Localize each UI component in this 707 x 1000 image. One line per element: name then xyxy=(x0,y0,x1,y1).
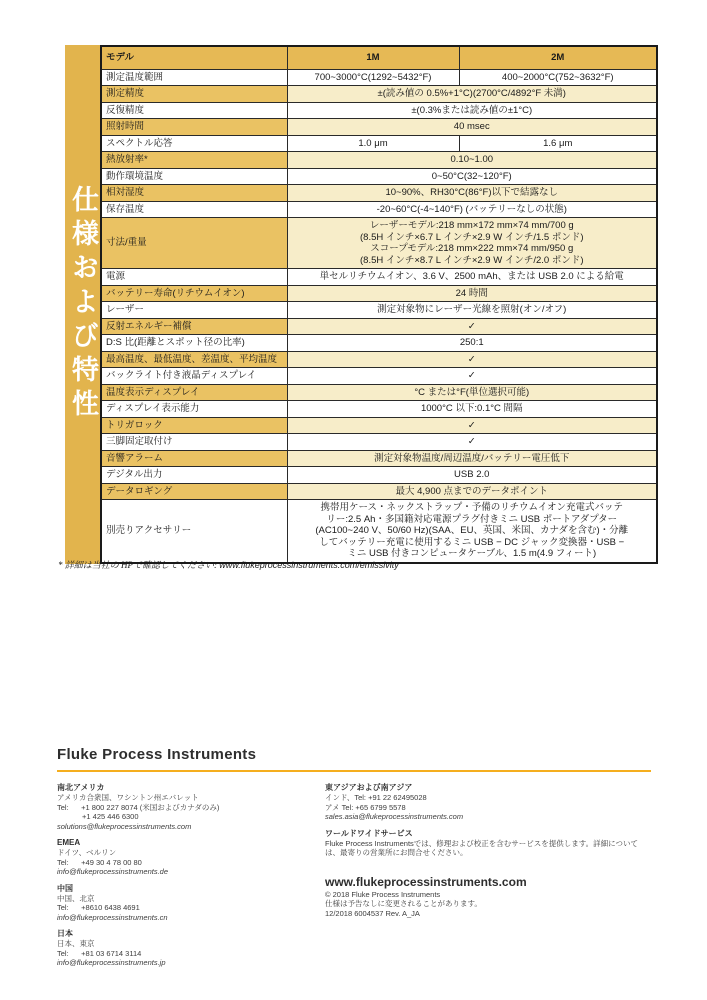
spec-value: 250:1 xyxy=(287,335,657,352)
contact-email: info@flukeprocessinstruments.jp xyxy=(57,958,325,968)
contact-email: sales.asia@flukeprocessinstruments.com xyxy=(325,812,651,822)
contact-line: ドイツ、ベルリン xyxy=(57,848,325,858)
spec-label: 熱放射率* xyxy=(101,152,287,169)
spec-value: 400~2000°C(752~3632°F) xyxy=(459,69,657,86)
spec-value: 携帯用ケース・ネックストラップ・予備のリチウムイオン充電式バッテ リー:2.5 … xyxy=(287,500,657,563)
contact-region-title: 東アジアおよび南アジア xyxy=(325,783,651,793)
spec-table-body: モデル 1M 2M 測定温度範囲700~3000°C(1292~5432°F)4… xyxy=(101,46,657,563)
spec-label: トリガロック xyxy=(101,417,287,434)
spec-row: 保存温度-20~60°C(-4~140°F) (バッテリーなしの状態) xyxy=(101,201,657,218)
spec-label: 別売りアクセサリー xyxy=(101,500,287,563)
spec-value: ✓ xyxy=(287,368,657,385)
spec-row: スペクトル応答1.0 μm1.6 μm xyxy=(101,135,657,152)
spec-row: 音響アラーム測定対象物温度/周辺温度/バッテリー電圧低下 xyxy=(101,450,657,467)
contact-section: 中国中国、北京Tel: +8610 6438 4691info@flukepro… xyxy=(57,884,325,923)
contact-line: Tel: +81 03 6714 3114 xyxy=(57,949,325,959)
spec-row: 温度表示ディスプレイ°C または°F(単位選択可能) xyxy=(101,384,657,401)
site-block: www.flukeprocessinstruments.com © 2018 F… xyxy=(325,874,651,919)
copyright-line: © 2018 Fluke Process Instruments xyxy=(325,890,651,900)
spec-row: 照射時間40 msec xyxy=(101,119,657,136)
contact-region-title: 日本 xyxy=(57,929,325,939)
spec-label: 電源 xyxy=(101,269,287,286)
website-url: www.flukeprocessinstruments.com xyxy=(325,874,651,890)
spec-label: レーザー xyxy=(101,302,287,319)
footer-right-column: 東アジアおよび南アジアインド、Tel: +91 22 62495028アメ Te… xyxy=(325,783,651,975)
spec-value: 1.0 μm xyxy=(287,135,459,152)
contact-line: Tel: +49 30 4 78 00 80 xyxy=(57,858,325,868)
contact-email: solutions@flukeprocessinstruments.com xyxy=(57,822,325,832)
contact-section: EMEAドイツ、ベルリンTel: +49 30 4 78 00 80info@f… xyxy=(57,838,325,877)
spec-value: ✓ xyxy=(287,318,657,335)
contact-line: アメリカ合衆国、ワシントン州エバレット xyxy=(57,793,325,803)
spec-value: 10~90%、RH30°C(86°F)以下で結露なし xyxy=(287,185,657,202)
spec-row: 別売りアクセサリー携帯用ケース・ネックストラップ・予備のリチウムイオン充電式バッ… xyxy=(101,500,657,563)
footnote-text: * 詳細は当社の HPで確認してください: xyxy=(58,560,219,570)
revision-line: 12/2018 6004537 Rev. A_JA xyxy=(325,909,651,919)
spec-label: デジタル出力 xyxy=(101,467,287,484)
spec-row: 電源単セルリチウムイオン、3.6 V、2500 mAh、または USB 2.0 … xyxy=(101,269,657,286)
spec-label: 測定温度範囲 xyxy=(101,69,287,86)
spec-value: 1.6 μm xyxy=(459,135,657,152)
side-title: 仕様および特性 xyxy=(65,185,100,423)
spec-value: 0~50°C(32~120°F) xyxy=(287,168,657,185)
spec-row: 熱放射率*0.10~1.00 xyxy=(101,152,657,169)
spec-table: モデル 1M 2M 測定温度範囲700~3000°C(1292~5432°F)4… xyxy=(100,45,658,564)
datasheet-page: 仕様および特性 モデル 1M 2M 測定温度範囲700~3000°C(1292~… xyxy=(0,0,707,1000)
contact-region-title: 南北アメリカ xyxy=(57,783,325,793)
spec-header-col2: 2M xyxy=(459,46,657,69)
footer-left-column: 南北アメリカアメリカ合衆国、ワシントン州エバレットTel: +1 800 227… xyxy=(57,783,325,975)
spec-value: 測定対象物にレーザー光線を照射(オン/オフ) xyxy=(287,302,657,319)
contact-line: アメ Tel: +65 6799 5578 xyxy=(325,803,651,813)
contact-region-title: EMEA xyxy=(57,838,325,848)
spec-value: ✓ xyxy=(287,417,657,434)
spec-row: 動作環境温度0~50°C(32~120°F) xyxy=(101,168,657,185)
spec-value: ✓ xyxy=(287,434,657,451)
contact-email: info@flukeprocessinstruments.de xyxy=(57,867,325,877)
spec-row: バックライト付き液晶ディスプレイ✓ xyxy=(101,368,657,385)
side-band: 仕様および特性 xyxy=(65,45,100,564)
spec-header-col1: 1M xyxy=(287,46,459,69)
spec-value: 24 時間 xyxy=(287,285,657,302)
spec-label: バックライト付き液晶ディスプレイ xyxy=(101,368,287,385)
spec-value: ✓ xyxy=(287,351,657,368)
spec-label: スペクトル応答 xyxy=(101,135,287,152)
spec-label: D:S 比(距離とスポット径の比率) xyxy=(101,335,287,352)
spec-row: 寸法/重量レーザーモデル:218 mm×172 mm×74 mm/700 g (… xyxy=(101,218,657,269)
spec-row: バッテリー寿命(リチウムイオン)24 時間 xyxy=(101,285,657,302)
spec-header-row: モデル 1M 2M xyxy=(101,46,657,69)
spec-row: トリガロック✓ xyxy=(101,417,657,434)
spec-label: 最高温度、最低温度、差温度、平均温度 xyxy=(101,351,287,368)
spec-label: 音響アラーム xyxy=(101,450,287,467)
spec-value: 700~3000°C(1292~5432°F) xyxy=(287,69,459,86)
spec-value: USB 2.0 xyxy=(287,467,657,484)
spec-row: 三脚固定取付け✓ xyxy=(101,434,657,451)
contact-line: 中国、北京 xyxy=(57,894,325,904)
page-footer: Fluke Process Instruments 南北アメリカアメリカ合衆国、… xyxy=(57,746,651,975)
spec-label: 測定精度 xyxy=(101,86,287,103)
spec-label: データロギング xyxy=(101,483,287,500)
spec-row: D:S 比(距離とスポット径の比率)250:1 xyxy=(101,335,657,352)
spec-row: 反復精度±(0.3%または読み値の±1°C) xyxy=(101,102,657,119)
contact-region-title: 中国 xyxy=(57,884,325,894)
spec-label: 寸法/重量 xyxy=(101,218,287,269)
spec-value: 単セルリチウムイオン、3.6 V、2500 mAh、または USB 2.0 によ… xyxy=(287,269,657,286)
contact-line: Fluke Process Instrumentsでは、修理および校正を含むサー… xyxy=(325,839,651,858)
spec-label: 反射エネルギー補償 xyxy=(101,318,287,335)
spec-row: デジタル出力USB 2.0 xyxy=(101,467,657,484)
spec-row: 測定温度範囲700~3000°C(1292~5432°F)400~2000°C(… xyxy=(101,69,657,86)
spec-row: ディスプレイ表示能力1000°C 以下:0.1°C 間隔 xyxy=(101,401,657,418)
spec-label: バッテリー寿命(リチウムイオン) xyxy=(101,285,287,302)
spec-value: レーザーモデル:218 mm×172 mm×74 mm/700 g (8.5H … xyxy=(287,218,657,269)
spec-value: ±(0.3%または読み値の±1°C) xyxy=(287,102,657,119)
spec-value: 最大 4,900 点までのデータポイント xyxy=(287,483,657,500)
spec-table-block: 仕様および特性 モデル 1M 2M 測定温度範囲700~3000°C(1292~… xyxy=(65,45,658,564)
spec-value: 測定対象物温度/周辺温度/バッテリー電圧低下 xyxy=(287,450,657,467)
spec-label: 動作環境温度 xyxy=(101,168,287,185)
contact-section: ワールドワイドサービスFluke Process Instrumentsでは、修… xyxy=(325,829,651,858)
footnote-url: www.flukeprocessinstruments.com/emissivi… xyxy=(219,560,399,570)
notice-line: 仕様は予告なしに変更されることがあります。 xyxy=(325,899,651,909)
spec-label: 保存温度 xyxy=(101,201,287,218)
contact-email: info@flukeprocessinstruments.cn xyxy=(57,913,325,923)
spec-label: 照射時間 xyxy=(101,119,287,136)
spec-row: 反射エネルギー補償✓ xyxy=(101,318,657,335)
spec-value: 40 msec xyxy=(287,119,657,136)
spec-label: ディスプレイ表示能力 xyxy=(101,401,287,418)
spec-row: 測定精度±(読み値の 0.5%+1°C)(2700°C/4892°F 未満) xyxy=(101,86,657,103)
spec-row: 相対湿度10~90%、RH30°C(86°F)以下で結露なし xyxy=(101,185,657,202)
spec-value: °C または°F(単位選択可能) xyxy=(287,384,657,401)
spec-label: 温度表示ディスプレイ xyxy=(101,384,287,401)
spec-row: レーザー測定対象物にレーザー光線を照射(オン/オフ) xyxy=(101,302,657,319)
contact-line: Tel: +1 800 227 8074 (米国およびカナダのみ) xyxy=(57,803,325,813)
contact-line: インド、Tel: +91 22 62495028 xyxy=(325,793,651,803)
spec-row: データロギング最大 4,900 点までのデータポイント xyxy=(101,483,657,500)
emissivity-footnote: * 詳細は当社の HPで確認してください: www.flukeprocessin… xyxy=(58,558,399,571)
spec-value: -20~60°C(-4~140°F) (バッテリーなしの状態) xyxy=(287,201,657,218)
contact-region-title: ワールドワイドサービス xyxy=(325,829,651,839)
spec-value: 0.10~1.00 xyxy=(287,152,657,169)
company-name: Fluke Process Instruments xyxy=(57,746,651,763)
spec-label: 反復精度 xyxy=(101,102,287,119)
contact-line: Tel: +8610 6438 4691 xyxy=(57,903,325,913)
contact-section: 日本日本、東京Tel: +81 03 6714 3114info@flukepr… xyxy=(57,929,325,968)
spec-label: 三脚固定取付け xyxy=(101,434,287,451)
spec-value: 1000°C 以下:0.1°C 間隔 xyxy=(287,401,657,418)
contact-section: 南北アメリカアメリカ合衆国、ワシントン州エバレットTel: +1 800 227… xyxy=(57,783,325,831)
spec-label: 相対湿度 xyxy=(101,185,287,202)
spec-header-label: モデル xyxy=(101,46,287,69)
contact-line: 日本、東京 xyxy=(57,939,325,949)
spec-value: ±(読み値の 0.5%+1°C)(2700°C/4892°F 未満) xyxy=(287,86,657,103)
spec-row: 最高温度、最低温度、差温度、平均温度✓ xyxy=(101,351,657,368)
contact-section: 東アジアおよび南アジアインド、Tel: +91 22 62495028アメ Te… xyxy=(325,783,651,822)
gold-divider xyxy=(57,770,651,772)
contact-line: +1 425 446 6300 xyxy=(57,812,325,822)
